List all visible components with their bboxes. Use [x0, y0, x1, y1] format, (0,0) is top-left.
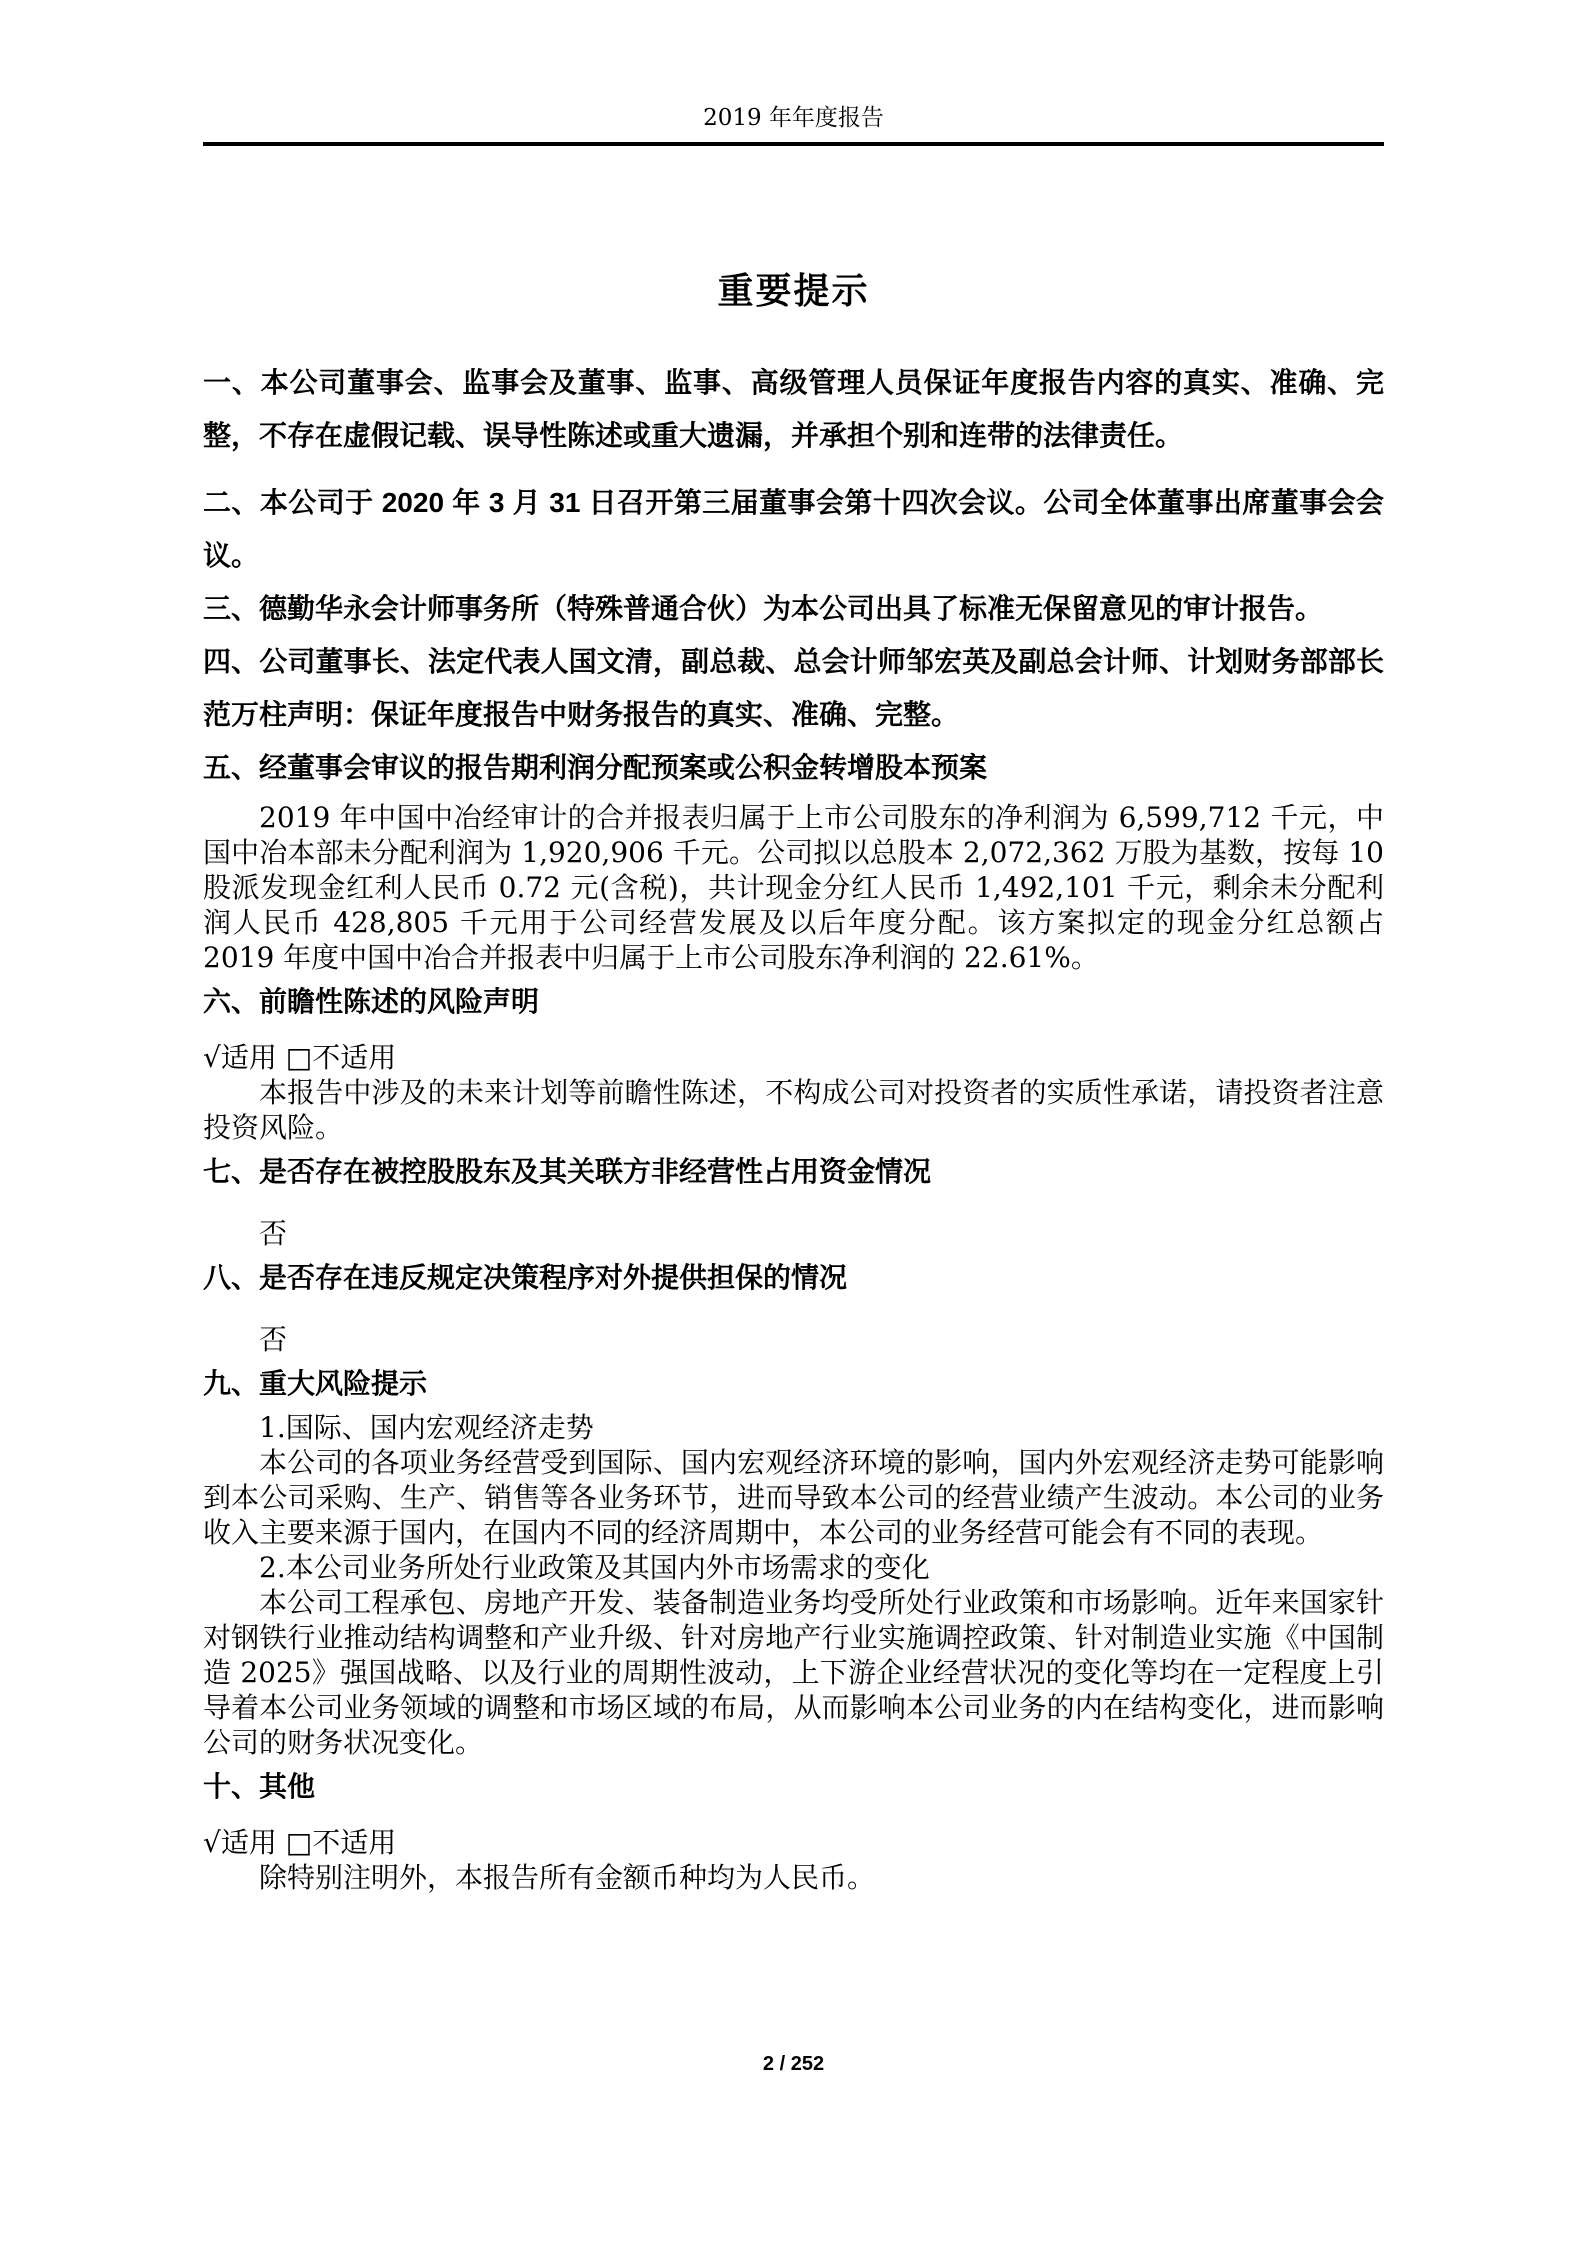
checkbox-empty-icon: □: [286, 1041, 312, 1074]
checkmark-icon: √: [203, 1826, 221, 1859]
checkmark-icon: √: [203, 1041, 221, 1074]
section-9-heading: 九、重大风险提示: [203, 1357, 1384, 1410]
page-footer: 2 / 252: [0, 2052, 1587, 2076]
section-3-heading: 三、德勤华永会计师事务所（特殊普通合伙）为本公司出具了标准无保留意见的审计报告。: [203, 582, 1384, 635]
not-applicable-label: 不适用: [312, 1826, 396, 1859]
section-6-heading: 六、前瞻性陈述的风险声明: [203, 975, 1384, 1028]
page-number: 2 / 252: [763, 2053, 824, 2075]
section-10-paragraph: 除特别注明外，本报告所有金额币种均为人民币。: [203, 1860, 1384, 1895]
page-header: 2019 年年度报告: [203, 0, 1384, 146]
section-6-applicability-line: √适用 □不适用: [203, 1040, 1384, 1075]
section-5-heading: 五、经董事会审议的报告期利润分配预案或公积金转增股本预案: [203, 741, 1384, 794]
document-page: 2019 年年度报告 重要提示 一、本公司董事会、监事会及董事、监事、高级管理人…: [0, 0, 1587, 2245]
section-4-heading: 四、公司董事长、法定代表人国文清，副总裁、总会计师邹宏英及副总会计师、计划财务部…: [203, 635, 1384, 741]
section-2-heading: 二、本公司于 2020 年 3 月 31 日召开第三届董事会第十四次会议。公司全…: [203, 476, 1384, 582]
section-9-item-2-paragraph: 本公司工程承包、房地产开发、装备制造业务均受所处行业政策和市场影响。近年来国家针…: [203, 1585, 1384, 1760]
section-10-applicability-line: √适用 □不适用: [203, 1825, 1384, 1860]
section-8-heading: 八、是否存在违反规定决策程序对外提供担保的情况: [203, 1251, 1384, 1304]
report-header-title: 2019 年年度报告: [203, 104, 1384, 132]
section-5-paragraph: 2019 年中国中冶经审计的合并报表归属于上市公司股东的净利润为 6,599,7…: [203, 800, 1384, 975]
section-7-answer: 否: [203, 1216, 1384, 1251]
section-1-heading: 一、本公司董事会、监事会及董事、监事、高级管理人员保证年度报告内容的真实、准确、…: [203, 356, 1384, 462]
checkbox-empty-icon: □: [286, 1826, 312, 1859]
section-9-item-1-paragraph: 本公司的各项业务经营受到国际、国内宏观经济环境的影响，国内外宏观经济走势可能影响…: [203, 1445, 1384, 1550]
section-9-item-1-title: 1.国际、国内宏观经济走势: [203, 1410, 1384, 1445]
section-8-answer: 否: [203, 1322, 1384, 1357]
page-title: 重要提示: [203, 271, 1384, 311]
section-10-heading: 十、其他: [203, 1760, 1384, 1813]
section-7-heading: 七、是否存在被控股股东及其关联方非经营性占用资金情况: [203, 1145, 1384, 1198]
applicable-label: 适用: [221, 1041, 277, 1074]
applicable-label: 适用: [221, 1826, 277, 1859]
not-applicable-label: 不适用: [312, 1041, 396, 1074]
section-9-item-2-title: 2.本公司业务所处行业政策及其国内外市场需求的变化: [203, 1550, 1384, 1585]
section-6-paragraph: 本报告中涉及的未来计划等前瞻性陈述，不构成公司对投资者的实质性承诺，请投资者注意…: [203, 1075, 1384, 1145]
content-column: 2019 年年度报告 重要提示 一、本公司董事会、监事会及董事、监事、高级管理人…: [203, 0, 1384, 1895]
